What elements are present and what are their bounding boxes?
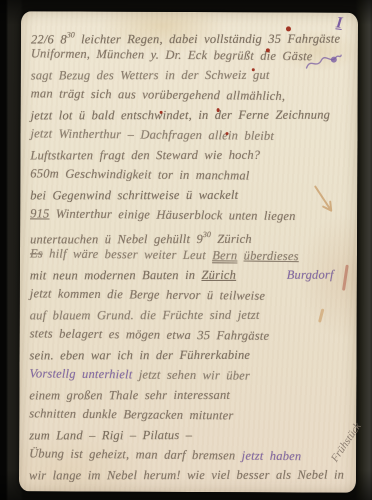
handwriting-segment: Bern bbox=[212, 248, 237, 262]
ink-speck-red bbox=[286, 26, 291, 31]
handwriting-segment: Zürich bbox=[202, 268, 237, 282]
handwriting-segment: jetzt sehen wir über bbox=[132, 367, 250, 382]
postcard: 22/6 830 leichter Regen, dabei vollständ… bbox=[19, 11, 358, 492]
handwriting-line: jetzt lot ü bald entschwindet, in der Fe… bbox=[31, 105, 354, 126]
handwriting-line: 650m Geschwindigkeit tor in manchmal bbox=[30, 163, 353, 186]
handwriting-line: schnitten dunkle Bergzacken mitunter bbox=[29, 403, 352, 426]
handwriting-segment: Zürich bbox=[211, 232, 252, 246]
handwriting-segment: hilf wäre besser weiter Leut bbox=[43, 246, 213, 262]
handwriting-segment: Uniformen, München y. Dr. Eck begrüßt di… bbox=[31, 46, 313, 63]
handwriting-segment: bei Gegenwind schrittweise ü wackelt bbox=[30, 188, 238, 203]
handwriting-line: zum Land – Rigi – Pilatus – bbox=[29, 425, 352, 446]
handwriting-line: untertauchen ü Nebel gehüllt 930 Zürich bbox=[30, 225, 353, 246]
handwriting-line: Übung ist geheizt, man darf bremsen jetz… bbox=[29, 443, 352, 466]
handwriting-segment: Burgdorf bbox=[287, 268, 334, 282]
handwriting-line: bei Gegenwind schrittweise ü wackelt bbox=[30, 185, 353, 206]
handwriting-segment: Übung ist geheizt, man darf bremsen bbox=[29, 446, 242, 462]
handwriting-line: jetzt kommen die Berge hervor ü teilweis… bbox=[30, 283, 353, 306]
pencil-arrow-mark bbox=[309, 185, 339, 219]
handwriting-line: einem großen Thale sehr interessant bbox=[29, 385, 352, 406]
handwriting-line: auf blauem Grund. die Früchte sind jetzt bbox=[30, 305, 353, 326]
handwriting-line: 22/6 830 leichter Regen, dabei vollständ… bbox=[31, 25, 354, 46]
ink-speck-red bbox=[160, 111, 163, 114]
pencil-dot-purple bbox=[331, 57, 337, 63]
handwriting-segment: sagt Bezug des Wetters in der Schweiz gu… bbox=[31, 68, 270, 83]
handwriting-segment: zum Land – Rigi – Pilatus – bbox=[29, 428, 192, 442]
handwriting-segment: man trägt sich aus vorübergehend allmähl… bbox=[31, 86, 286, 103]
handwriting-segment: jetzt Wintherthur – Dachfragen allein bl… bbox=[30, 126, 274, 143]
handwriting-segment: Luftstkarten fragt den Steward wie hoch? bbox=[30, 148, 260, 163]
handwriting-segment: einem großen Thale sehr interessant bbox=[29, 388, 230, 403]
handwriting-segment: schnitten dunkle Bergzacken mitunter bbox=[29, 406, 233, 422]
handwriting-segment: 650m Geschwindigkeit tor in manchmal bbox=[30, 166, 249, 182]
handwriting-segment: jetzt lot ü bald entschwindet, in der Fe… bbox=[31, 108, 331, 123]
handwriting-segment: überdieses bbox=[244, 249, 299, 264]
ink-speck-red bbox=[226, 132, 229, 135]
handwriting-segment: stets belagert es mögen etwa 35 Fahrgäst… bbox=[30, 326, 270, 343]
ink-speck-red bbox=[252, 68, 255, 71]
handwriting-line: wir lange im Nebel herum! wie viel besse… bbox=[29, 465, 352, 486]
handwriting-segment: 30 bbox=[203, 230, 211, 239]
handwriting-segment: Winterthur einige Häuserblock unten lieg… bbox=[49, 207, 295, 224]
handwriting-segment: jetzt haben bbox=[242, 449, 302, 464]
handwriting-segment: jetzt kommen die Berge hervor ü teilweis… bbox=[30, 286, 266, 302]
handwriting-line: Luftstkarten fragt den Steward wie hoch? bbox=[30, 145, 353, 166]
handwriting-line: mit neun modernen Bauten in Zürich Burgd… bbox=[30, 265, 353, 286]
handwriting-segment: Vorstellg unterhielt bbox=[29, 366, 132, 381]
handwriting-line: Vorstellg unterhielt jetzt sehen wir übe… bbox=[29, 363, 352, 386]
handwriting-segment: wir lange im Nebel herum! wie viel besse… bbox=[29, 468, 344, 483]
handwriting-segment: mit neun modernen Bauten in bbox=[30, 268, 202, 282]
ink-speck-red bbox=[266, 48, 270, 52]
handwriting-line: jetzt Wintherthur – Dachfragen allein bl… bbox=[30, 123, 353, 146]
handwriting-segment: auf blauem Grund. die Früchte sind jetzt bbox=[30, 308, 260, 323]
handwriting-line: Es hilf wäre besser weiter Leut Bern übe… bbox=[30, 243, 353, 266]
handwriting-segment: Es bbox=[30, 246, 43, 260]
scan-background: 22/6 830 leichter Regen, dabei vollständ… bbox=[0, 0, 372, 500]
handwriting-segment: sein. eben war ich in der Führerkabine bbox=[30, 348, 251, 363]
handwriting-line: 915 Winterthur einige Häuserblock unten … bbox=[30, 203, 353, 226]
handwriting-text: 22/6 830 leichter Regen, dabei vollständ… bbox=[29, 24, 354, 485]
ink-speck-red bbox=[217, 108, 220, 112]
handwriting-line: stets belagert es mögen etwa 35 Fahrgäst… bbox=[30, 323, 353, 346]
handwriting-segment: 30 bbox=[67, 30, 75, 39]
handwriting-segment: 915 bbox=[30, 206, 50, 220]
handwriting-segment bbox=[236, 268, 287, 282]
handwriting-line: man trägt sich aus vorübergehend allmähl… bbox=[31, 83, 354, 106]
handwriting-line: sein. eben war ich in der Führerkabine bbox=[30, 345, 353, 366]
